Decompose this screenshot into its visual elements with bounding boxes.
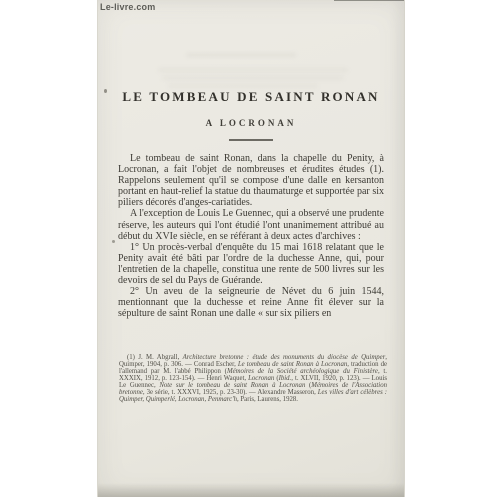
show-through-ghost-line (158, 68, 348, 72)
paragraph: 2° Un aveu de la seigneurie de Névet du … (118, 286, 384, 319)
footnote: (1) J. M. Abgrall, Architecture bretonne… (119, 354, 387, 403)
show-through-ghost-line (186, 53, 296, 57)
article-title: LE TOMBEAU DE SAINT RONAN (98, 89, 404, 105)
book-page-scan: Le-livre.com LE TOMBEAU DE SAINT RONAN A… (97, 0, 405, 497)
show-through-ghost-line (162, 76, 344, 80)
page-top-edge-line (334, 0, 404, 1)
article-subtitle: A LOCRONAN (98, 118, 404, 128)
article-body: Le tombeau de saint Ronan, dans la chape… (118, 153, 384, 319)
title-divider (229, 139, 273, 141)
paragraph: Le tombeau de saint Ronan, dans la chape… (118, 153, 384, 208)
page-bottom-shadow (98, 483, 404, 497)
show-through-ghost-line (168, 84, 318, 88)
watermark: Le-livre.com (100, 2, 155, 12)
paragraph: A l'exception de Louis Le Guennec, qui a… (118, 208, 384, 241)
paragraph: 1° Un procès-verbal d'enquête du 15 mai … (118, 242, 384, 286)
ink-speck (112, 240, 115, 243)
